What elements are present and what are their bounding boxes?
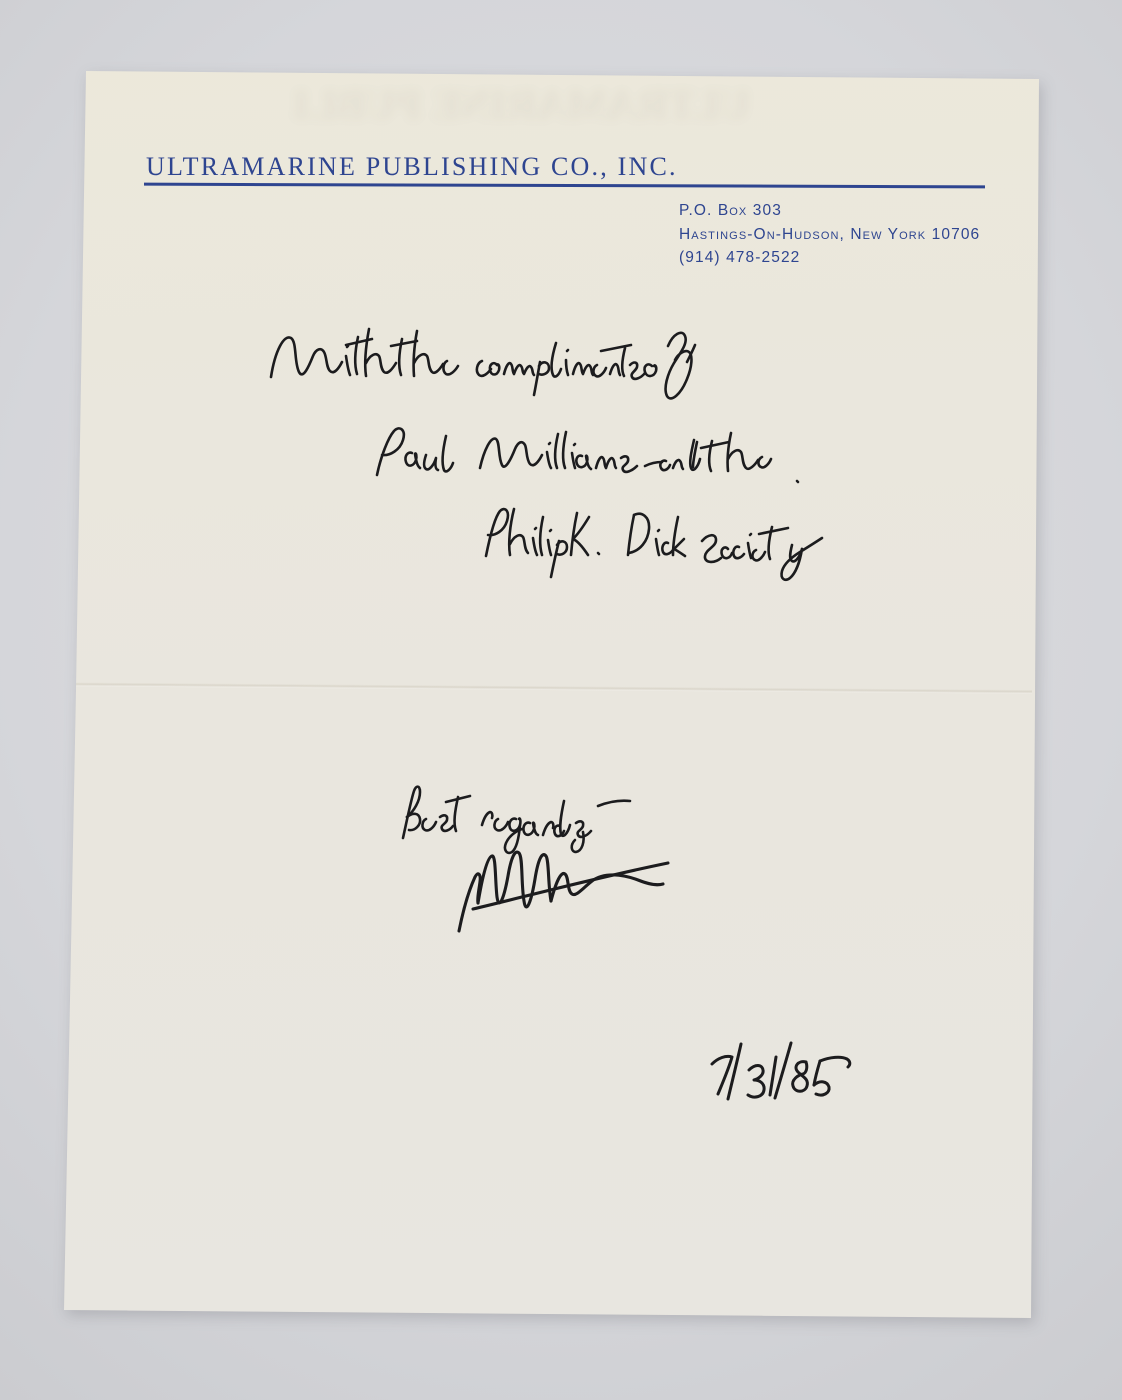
paper-sheet: ULTRAMARINE PUBLISHING CO., INC. ULTRAMA… <box>0 0 1122 1400</box>
letterhead-rule <box>144 183 985 189</box>
address-line-po-box: P.O. Box 303 <box>679 199 980 223</box>
fold-crease <box>66 682 1032 694</box>
company-name: ULTRAMARINE PUBLISHING CO., INC. <box>146 152 678 182</box>
address-block: P.O. Box 303 Hastings-On-Hudson, New Yor… <box>679 199 980 270</box>
address-line-phone: (914) 478-2522 <box>679 246 980 270</box>
letter-paper: ULTRAMARINE PUBLISHING CO., INC. ULTRAMA… <box>0 0 1122 1400</box>
address-line-city: Hastings-On-Hudson, New York 10706 <box>679 223 980 247</box>
showthrough-ghost: ULTRAMARINE PUBLISHING CO., INC. <box>290 82 750 140</box>
photo-backdrop: ULTRAMARINE PUBLISHING CO., INC. ULTRAMA… <box>0 0 1122 1400</box>
